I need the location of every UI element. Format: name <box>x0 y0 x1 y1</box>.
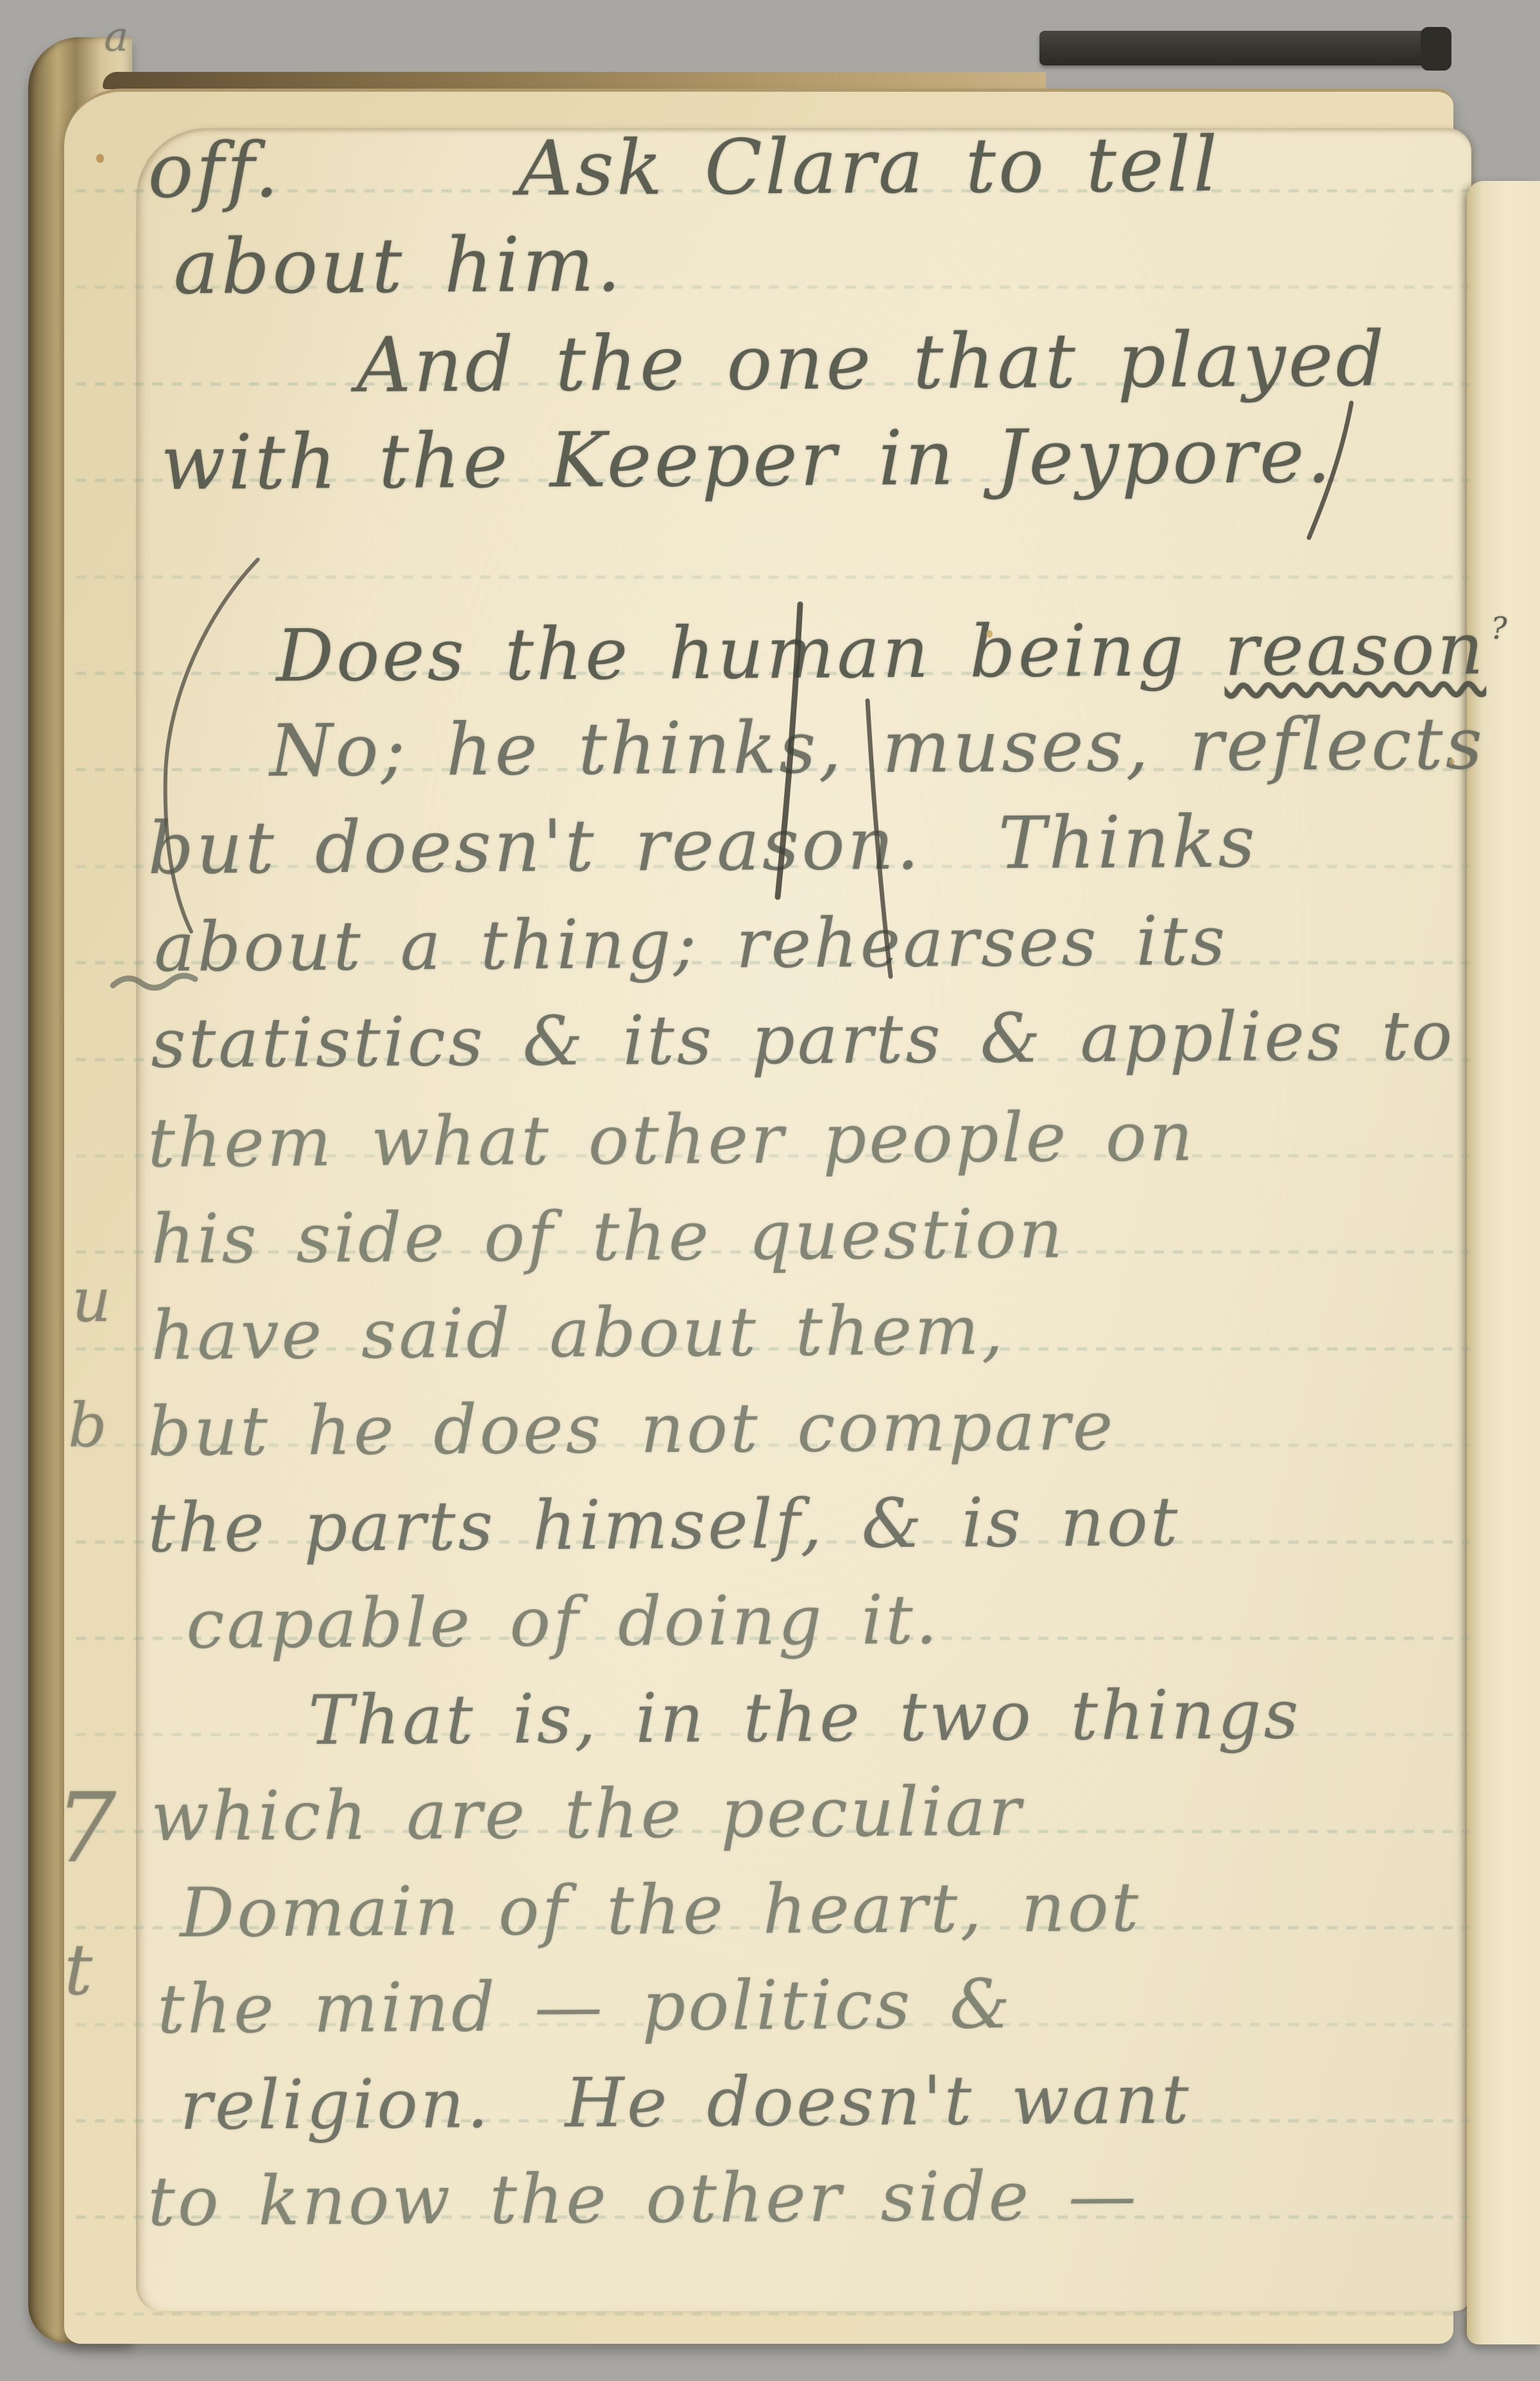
binding-clasp <box>1421 27 1451 71</box>
margin-fragment: t <box>64 1934 92 2005</box>
margin-fragment: b <box>68 1395 107 1456</box>
paper-speck <box>986 630 993 638</box>
margin-fragment: u <box>72 1270 111 1331</box>
notebook-page <box>136 128 1471 2311</box>
paper-speck <box>96 154 104 163</box>
page-stack-top-edge <box>103 72 1046 89</box>
paper-speck <box>1449 758 1455 765</box>
margin-fragment: 7 <box>55 1780 116 1877</box>
margin-fragment: a <box>104 17 128 58</box>
next-page-edge <box>1467 181 1540 2344</box>
binding-strip <box>1039 31 1448 65</box>
notebook-photo: { "document": { "kind": "handwritten not… <box>0 0 1540 2381</box>
page-spread: ub7t a off. Ask Clara to tellabout him.A… <box>0 0 1540 2381</box>
